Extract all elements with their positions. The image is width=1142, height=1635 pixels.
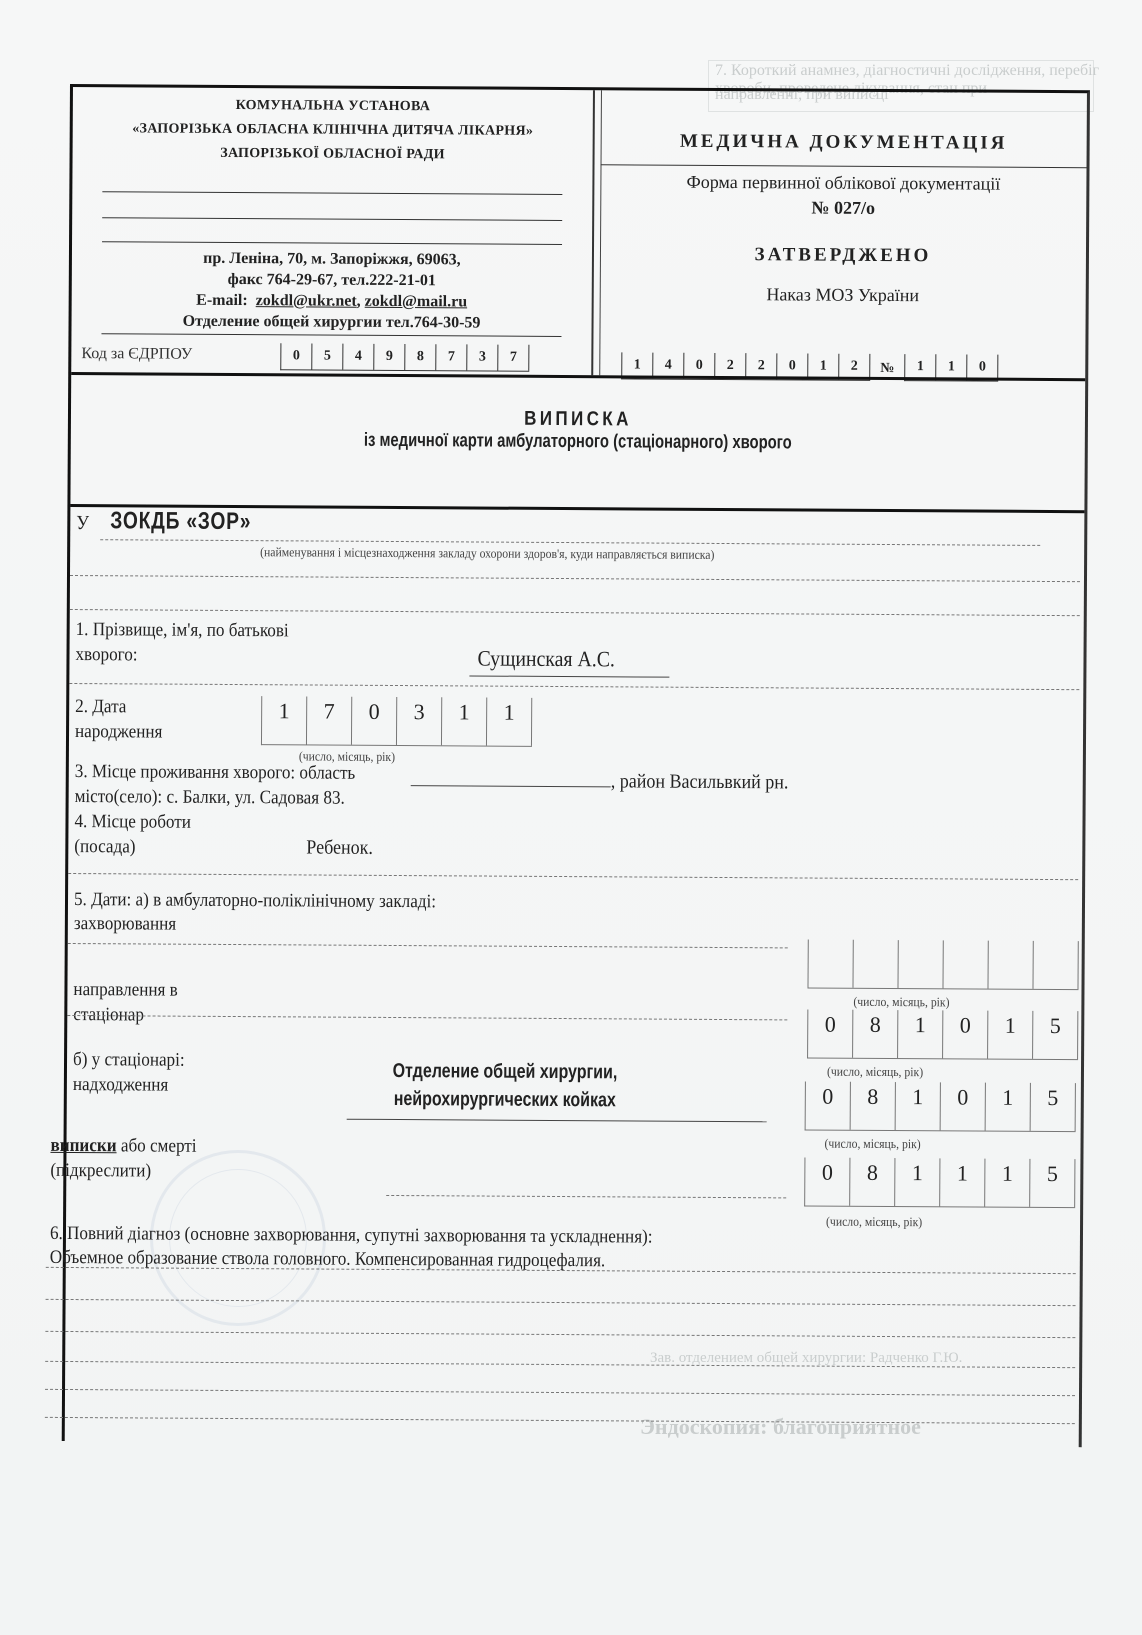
referral-hint: (число, місяць, рік): [827, 1064, 923, 1081]
admission-hint: (число, місяць, рік): [824, 1136, 920, 1153]
form-title: Форма первинної облікової документації: [600, 152, 1086, 199]
approved-label: ЗАТВЕРДЖЕНО: [600, 243, 1086, 268]
medical-documentation-title: МЕДИЧНА ДОКУМЕНТАЦІЯ: [601, 90, 1087, 155]
patient-name-label: 1. Прізвище, ім'я, по батькові хворого:: [75, 617, 288, 668]
dob-digits: 170311: [261, 696, 532, 747]
org-name-line3: ЗАПОРІЗЬКОЇ ОБЛАСНОЇ РАДИ: [73, 141, 593, 168]
digit-cell: 1: [940, 1158, 985, 1206]
email-label: E-mail:: [196, 292, 248, 309]
workplace-label: 4. Місце роботи (посада): [74, 809, 191, 860]
digit-cell: 1: [985, 1159, 1030, 1207]
patient-name-value: Сущинская А.С.: [477, 646, 615, 673]
form-frame: КОМУНАЛЬНА УСТАНОВА «ЗАПОРІЗЬКА ОБЛАСНА …: [62, 84, 1090, 1447]
discharge-hint: (число, місяць, рік): [826, 1214, 922, 1231]
email-link-2[interactable]: zokdl@mail.ru: [365, 293, 468, 311]
digit-cell: 8: [850, 1158, 895, 1206]
digit-cell: [943, 940, 988, 988]
discharge-underlined: виписки: [50, 1135, 116, 1156]
city-value: с. Балки, ул. Садовая 83.: [166, 787, 344, 809]
digit-cell: 5: [312, 343, 343, 369]
dob-label: 2. Дата народження: [75, 694, 163, 745]
destination-hint: (найменування і місцезнаходження закладу…: [260, 544, 714, 563]
digit-cell: 1: [487, 698, 532, 746]
digit-cell: [988, 941, 1033, 989]
digit-cell: 8: [405, 344, 436, 370]
form-number: № 027/о: [600, 196, 1086, 220]
title-subtitle: із медичної карти амбулаторного (стаціон…: [182, 429, 973, 456]
referral-digits: 081015: [807, 1010, 1078, 1061]
digit-cell: 3: [467, 344, 498, 370]
org-name-line2: «ЗАПОРІЗЬКА ОБЛАСНА КЛІНІЧНА ДИТЯЧА ЛІКА…: [73, 117, 593, 144]
digit-cell: 7: [498, 345, 529, 371]
digit-cell: 1: [986, 1083, 1031, 1131]
digit-cell: [853, 940, 898, 988]
digit-cell: 3: [397, 697, 442, 745]
city-label: місто(село):: [75, 786, 163, 808]
digit-cell: 0: [805, 1158, 850, 1206]
illness-digits: [807, 940, 1078, 991]
digit-cell: 1: [988, 1011, 1033, 1059]
department-phone: Отделение общей хирургии тел.764-30-59: [71, 310, 591, 334]
digit-cell: [1033, 941, 1078, 989]
digit-cell: 1: [896, 1082, 941, 1130]
illness-label: захворювання: [74, 911, 176, 937]
org-name-line1: КОМУНАЛЬНА УСТАНОВА: [73, 87, 593, 120]
digit-cell: 8: [853, 1010, 898, 1058]
referral-label: направлення в стаціонар: [73, 977, 178, 1028]
digit-cell: 5: [1030, 1159, 1075, 1207]
city-row: місто(село): с. Балки, ул. Садовая 83.: [75, 784, 345, 811]
document-title: ВИПИСКА із медичної карти амбулаторного …: [71, 405, 1085, 456]
digit-cell: 1: [442, 697, 487, 745]
digit-cell: 7: [436, 344, 467, 370]
digit-cell: 7: [307, 696, 352, 744]
digit-cell: 0: [281, 343, 312, 369]
digit-cell: 1: [895, 1158, 940, 1206]
digit-cell: 1: [262, 696, 307, 744]
admission-label: б) у стаціонарі: надходження: [73, 1047, 185, 1098]
destination-value: ЗОКДБ «ЗОР»: [110, 507, 251, 536]
digit-cell: 0: [806, 1082, 851, 1130]
district-value: , район Васильвкий рн.: [611, 770, 789, 794]
admission-digits: 081015: [805, 1082, 1076, 1133]
digit-cell: 1: [898, 1010, 943, 1058]
destination-prefix: У: [76, 511, 89, 536]
document-page: 7. Короткий анамнез, діагностичні дослід…: [0, 0, 1142, 1635]
digit-cell: 0: [943, 1010, 988, 1058]
edrpou-label: Код за ЄДРПОУ: [81, 345, 276, 364]
department-value: Отделение общей хирургии, нейрохирургиче…: [337, 1057, 673, 1115]
residence-label: 3. Місце проживання хворого: область: [75, 759, 356, 786]
workplace-value: Ребенок.: [306, 836, 373, 859]
discharge-digits: 081115: [804, 1158, 1075, 1209]
email-link-1[interactable]: zokdl@ukr.net: [256, 292, 357, 310]
digit-cell: 5: [1031, 1083, 1076, 1131]
digit-cell: 0: [352, 697, 397, 745]
digit-cell: 9: [374, 344, 405, 370]
digit-cell: 4: [343, 344, 374, 370]
edrpou-digits: 05498737: [280, 343, 529, 372]
institution-header: КОМУНАЛЬНА УСТАНОВА «ЗАПОРІЗЬКА ОБЛАСНА …: [71, 87, 593, 375]
digit-cell: 8: [851, 1082, 896, 1130]
digit-cell: 0: [941, 1082, 986, 1130]
digit-cell: [898, 940, 943, 988]
digit-cell: 5: [1033, 1011, 1078, 1059]
digit-cell: 0: [808, 1010, 853, 1058]
digit-cell: [808, 940, 853, 988]
order-label: Наказ МОЗ України: [600, 283, 1086, 307]
form-info-header: МЕДИЧНА ДОКУМЕНТАЦІЯ Форма первинної обл…: [599, 90, 1087, 378]
edrpou-row: Код за ЄДРПОУ 05498737: [81, 342, 529, 372]
dates-label: 5. Дати: а) в амбулаторно-поліклінічному…: [74, 887, 436, 914]
illness-hint: (число, місяць, рік): [853, 994, 949, 1011]
discharge-label: виписки або смерті (підкреслити): [50, 1133, 196, 1184]
